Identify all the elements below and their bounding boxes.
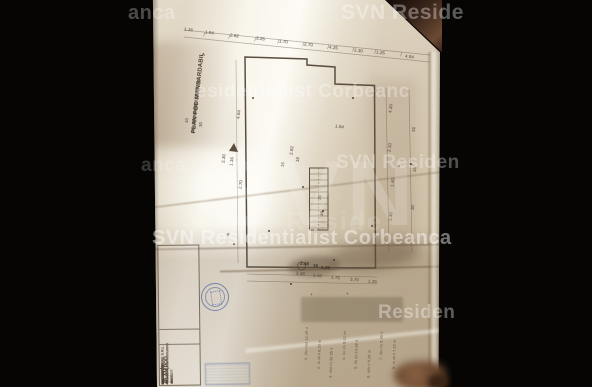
dimension-label: 16 [313,263,318,268]
dimension-chain-left [236,60,238,263]
dimension-label: 1.94 [205,29,214,35]
dimension-label: 16 [191,120,197,126]
dimension-label: 1.75 [331,275,340,281]
plan-dot-mark [333,259,335,261]
plan-dot-mark [268,230,270,232]
dimension-label: 2.48 [300,261,309,267]
plan-dot-mark [233,243,235,245]
dimension-label: 30 [317,195,323,201]
dimension-label: 1.70 [279,38,288,44]
dimension-label: + [346,291,349,296]
plan-dot-mark [398,165,400,167]
blurred-foreground-object [428,374,448,387]
plan-paper-sheet: PLAN POD MANSARDABIL Aria construita: 14… [150,0,442,387]
dimension-label: 3.25 [256,35,265,41]
dimension-label: 2.30 [354,47,363,53]
dimension-label: 1.25 [368,279,377,285]
plan-dot-mark [252,97,254,99]
dimension-label: 1.16 [313,273,322,279]
dimension-label: 2.82 [230,32,239,38]
dimension-label: 16 [412,167,418,173]
dimension-label: 4.94 [405,53,414,59]
plan-dot-mark [290,283,292,285]
row-value: ıng. ılıl ıllı [160,377,175,385]
dimension-label: 8 [227,232,230,237]
plan-dot-mark [322,210,324,212]
dimension-label: 10 [184,118,190,124]
dimension-label: 1.25 [376,49,385,55]
note-column: 4. ılıı ıllı 6,12 ılıı [341,300,351,360]
dimension-label: 30 [198,122,204,128]
plan-dot-mark [302,186,304,188]
title-block: PLANSA: PLAN POD SCARA 1:50 BENEFICIAR: … [157,244,201,386]
plan-dot-mark [410,163,412,165]
dimension-label: 1.25 [321,265,330,271]
dimension-label: A [202,52,205,57]
dimension-label: 30 [410,205,416,211]
note-column: 8. ılı ıllııl 7,15 ılı [391,300,401,369]
note-column: 2. ılı ıllııl 8,20 ılı [316,300,326,369]
dimension-label: 1.16 [184,26,193,32]
dimension-label: 1.94 [335,123,344,129]
dimension-label: 2.48 [296,271,305,277]
plan-dot-mark [352,97,354,99]
dimension-label: 15 [280,162,286,168]
dimension-label: 2.70 [304,41,313,47]
rect-stamp [205,363,250,386]
plan-outline [245,57,376,268]
dimension-label: 4.25 [329,44,338,50]
dimension-label: 15 [411,127,417,133]
dimension-label: 3.70 [350,277,359,283]
dimension-label: 16 [295,157,301,163]
photo-of-floor-plan: PLAN POD MANSARDABIL Aria construita: 14… [0,0,592,387]
plan-dot-mark [371,225,373,227]
title-block-team-section: S.C. TOP STONE S.R.L. SEF PROIECTıng. ıl… [159,344,199,385]
